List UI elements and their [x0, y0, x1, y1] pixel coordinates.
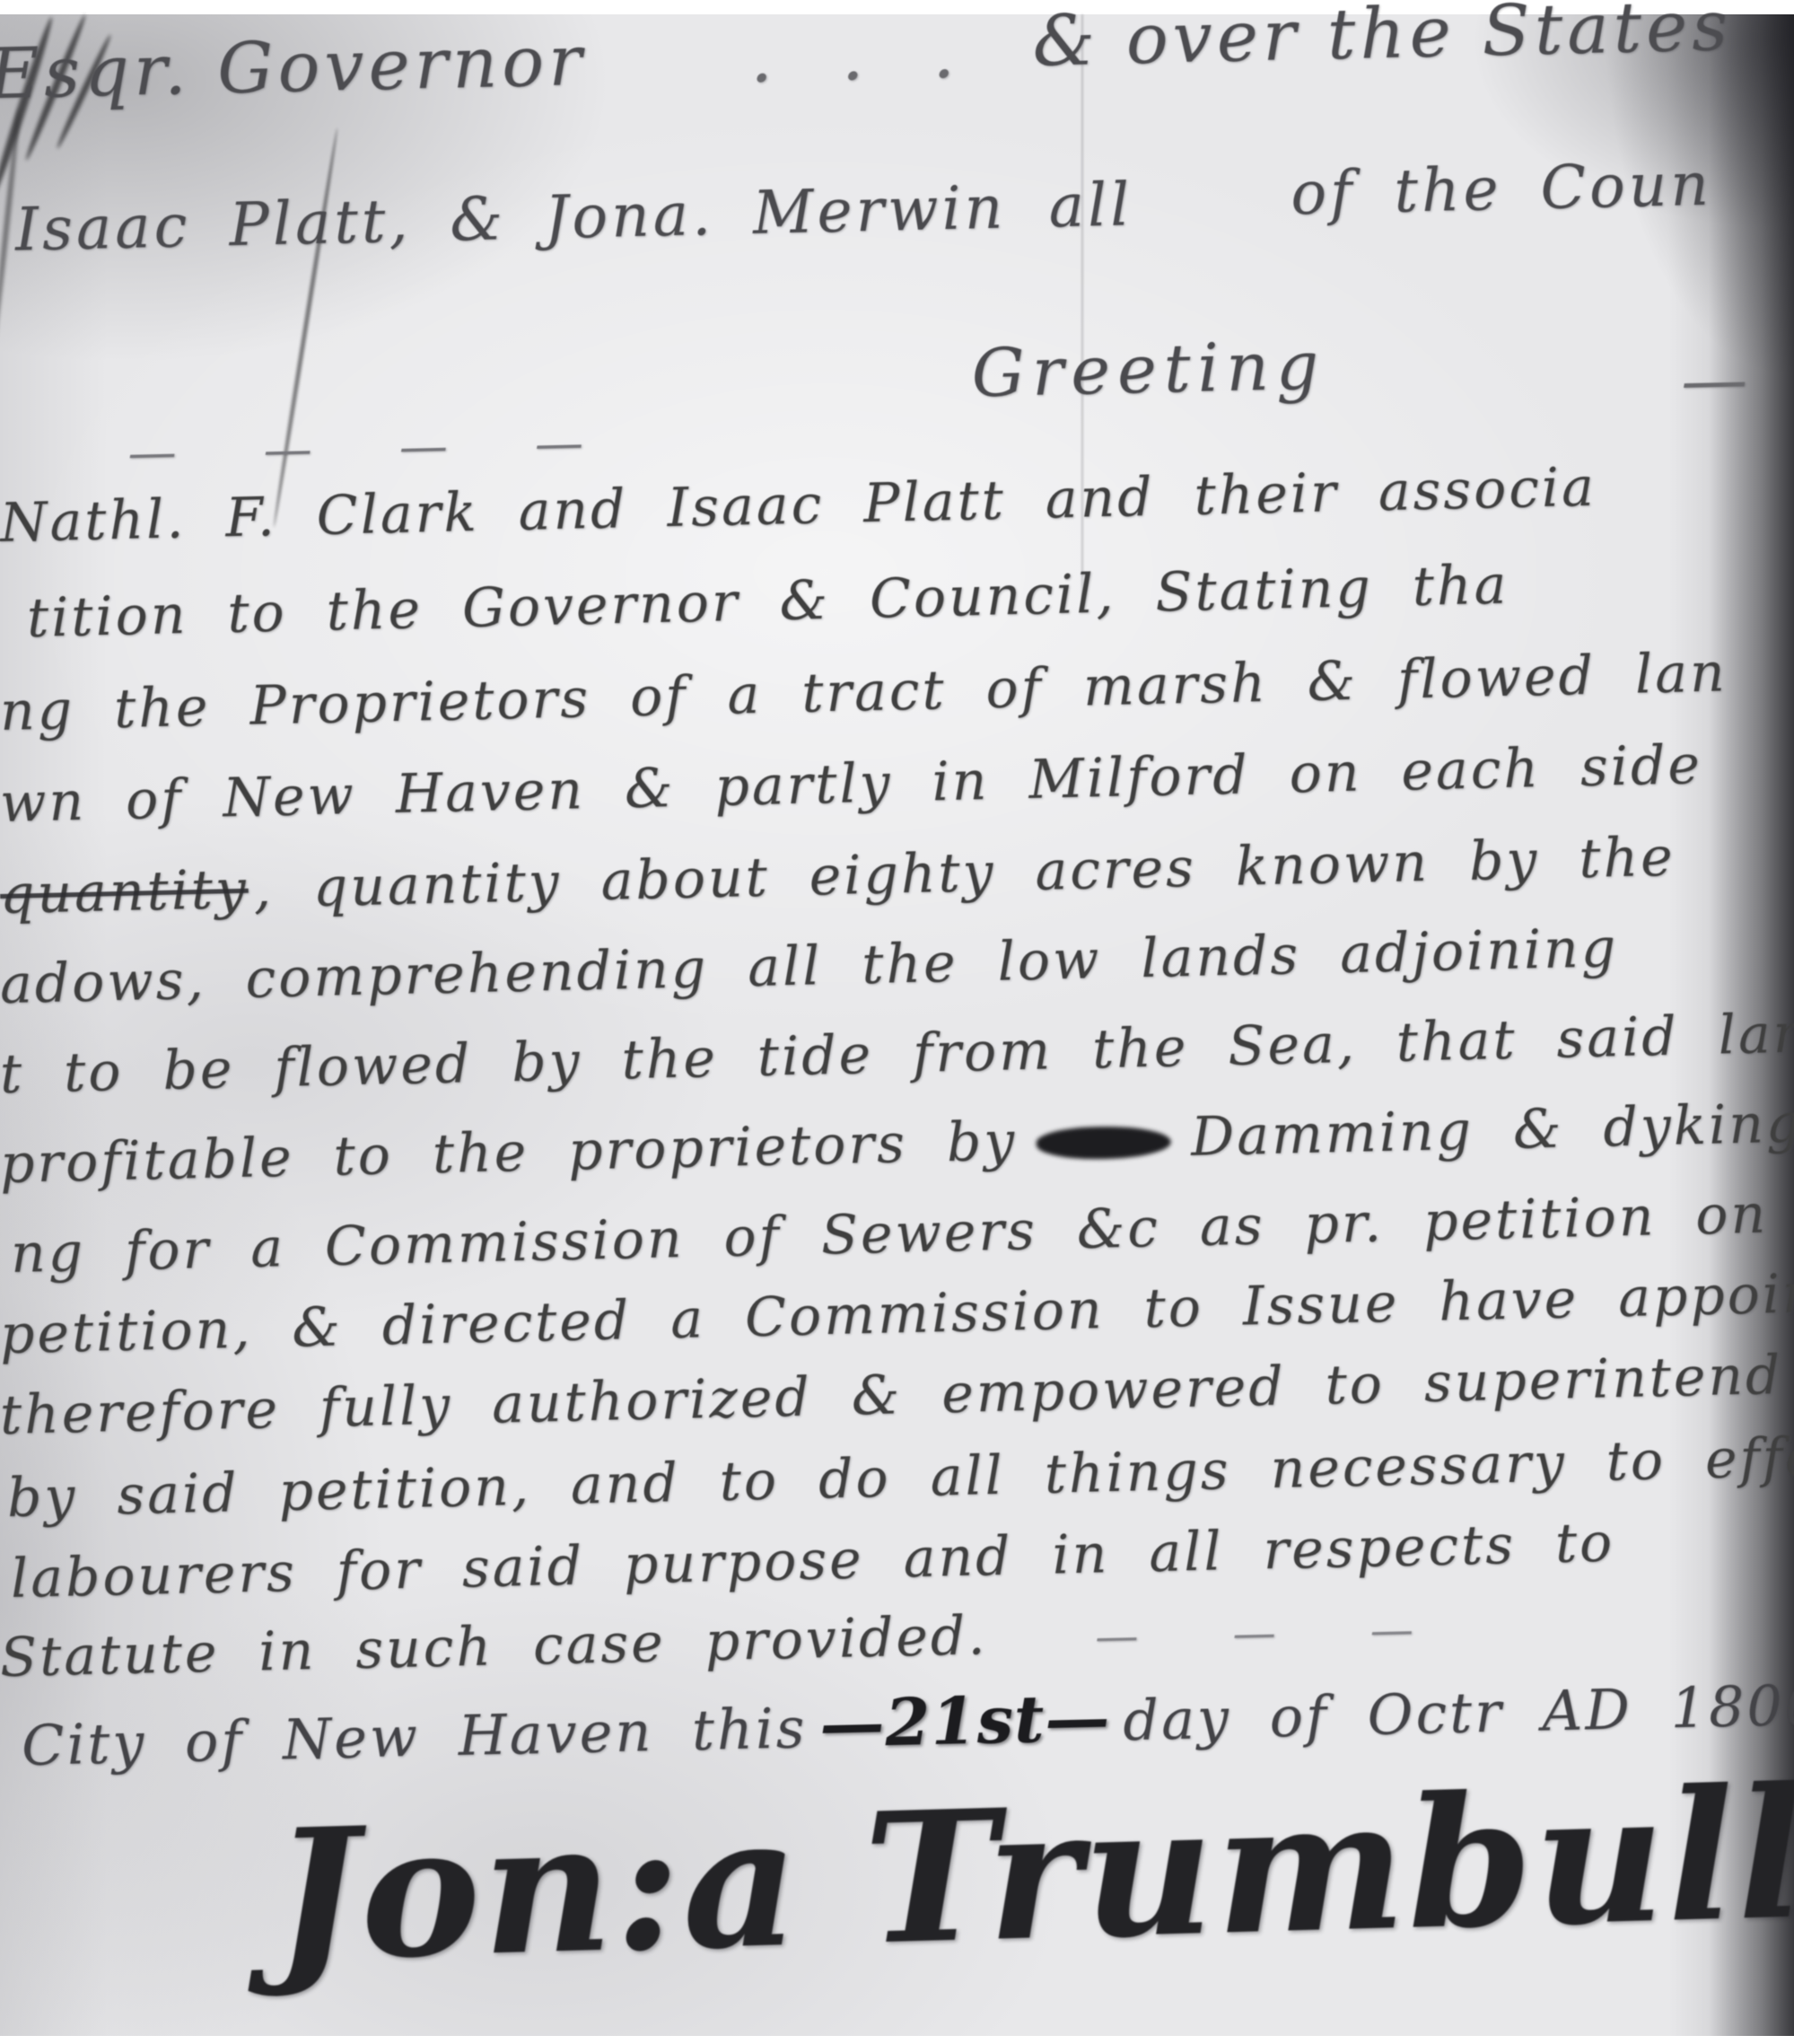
salutation-dash-right: — [1680, 341, 1748, 420]
dateline-day: —21st— [818, 1679, 1111, 1761]
dateline-rest: day of Octr AD 1806 [1122, 1671, 1794, 1753]
handwritten-line: Statute in such case provided.— — — [0, 1594, 1444, 1689]
handwritten-line-salutation: — — — — Greeting — [0, 317, 1793, 357]
handwritten-line: ng the Proprietors of a tract of marsh &… [0, 641, 1728, 743]
handwritten-line: wn of New Haven & partly in Milford on e… [0, 733, 1703, 835]
handwritten-line-address: Isaac Platt, & Jona. Merwin all of the C… [0, 155, 1793, 196]
salutation-word: Greeting [971, 328, 1326, 413]
scan-edge-bottom [0, 2036, 1794, 2044]
handwritten-line: t to be flowed by the tide from the Sea,… [0, 1002, 1794, 1106]
header-faint-dots: · · · [749, 33, 979, 119]
trailing-dashes: — — — [1095, 1604, 1445, 1662]
signature-text: Jon:a Trumbull [271, 1748, 1794, 2002]
dateline-place: City of New Haven this [21, 1695, 808, 1778]
header-left-fragment: Esqr. Governor [0, 21, 587, 115]
addressee-county-fragment: of the Coun [1290, 150, 1712, 229]
handwritten-line: tition to the Governor & Council, Statin… [26, 554, 1510, 650]
ink-blot [1037, 1126, 1172, 1161]
manuscript-page: Esqr. Governor · · · & over the States I… [0, 0, 1794, 2044]
handwritten-line: profitable to the proprietors byDamming … [0, 1092, 1794, 1196]
addressee-names: Isaac Platt, & Jona. Merwin [14, 173, 1007, 265]
signature: Jon:a Trumbull [271, 1743, 1794, 2002]
addressee-all-word: all [1048, 170, 1133, 241]
salutation-dashes: — — — — [127, 413, 620, 480]
strikethrough-word: quantity [0, 858, 249, 926]
handwritten-line: adows, comprehending all the low lands a… [0, 917, 1619, 1016]
handwritten-line: quantity, quantity about eighty acres kn… [0, 826, 1676, 926]
